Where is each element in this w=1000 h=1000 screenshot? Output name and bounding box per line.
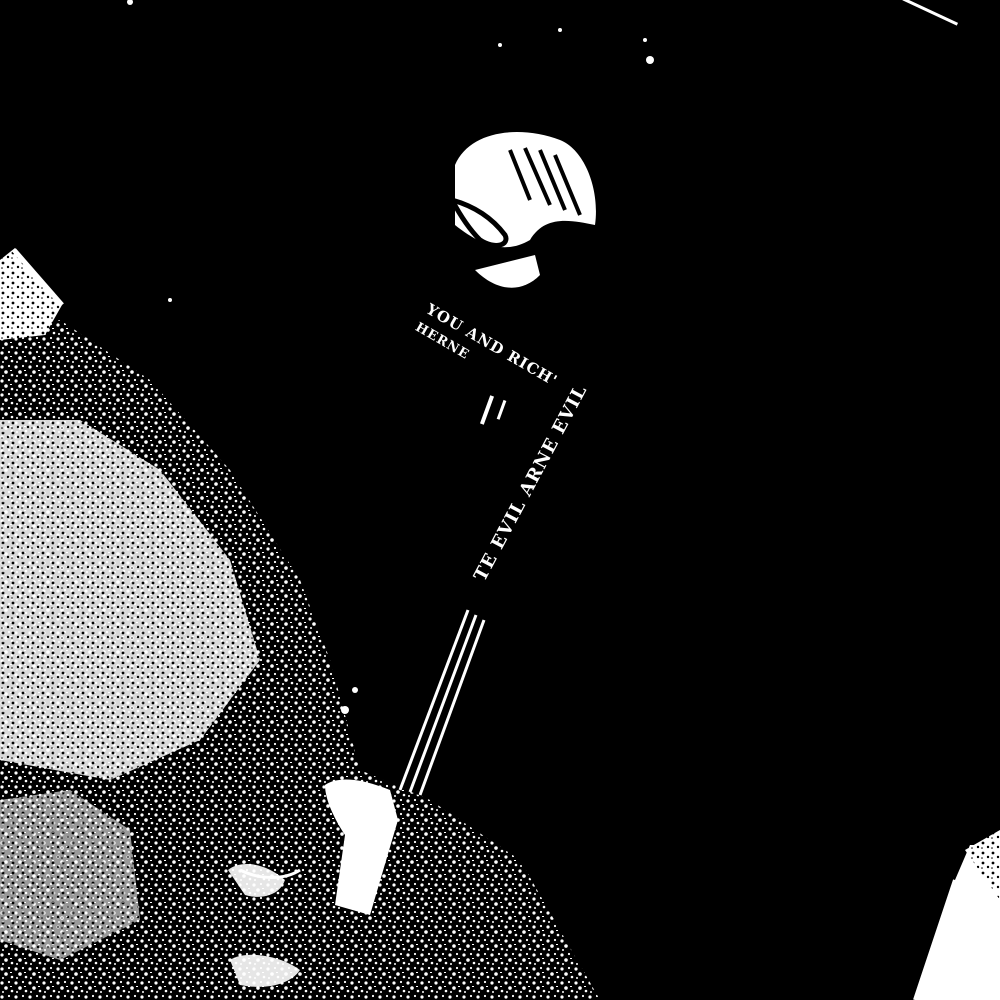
photo-scene <box>0 0 1000 1000</box>
